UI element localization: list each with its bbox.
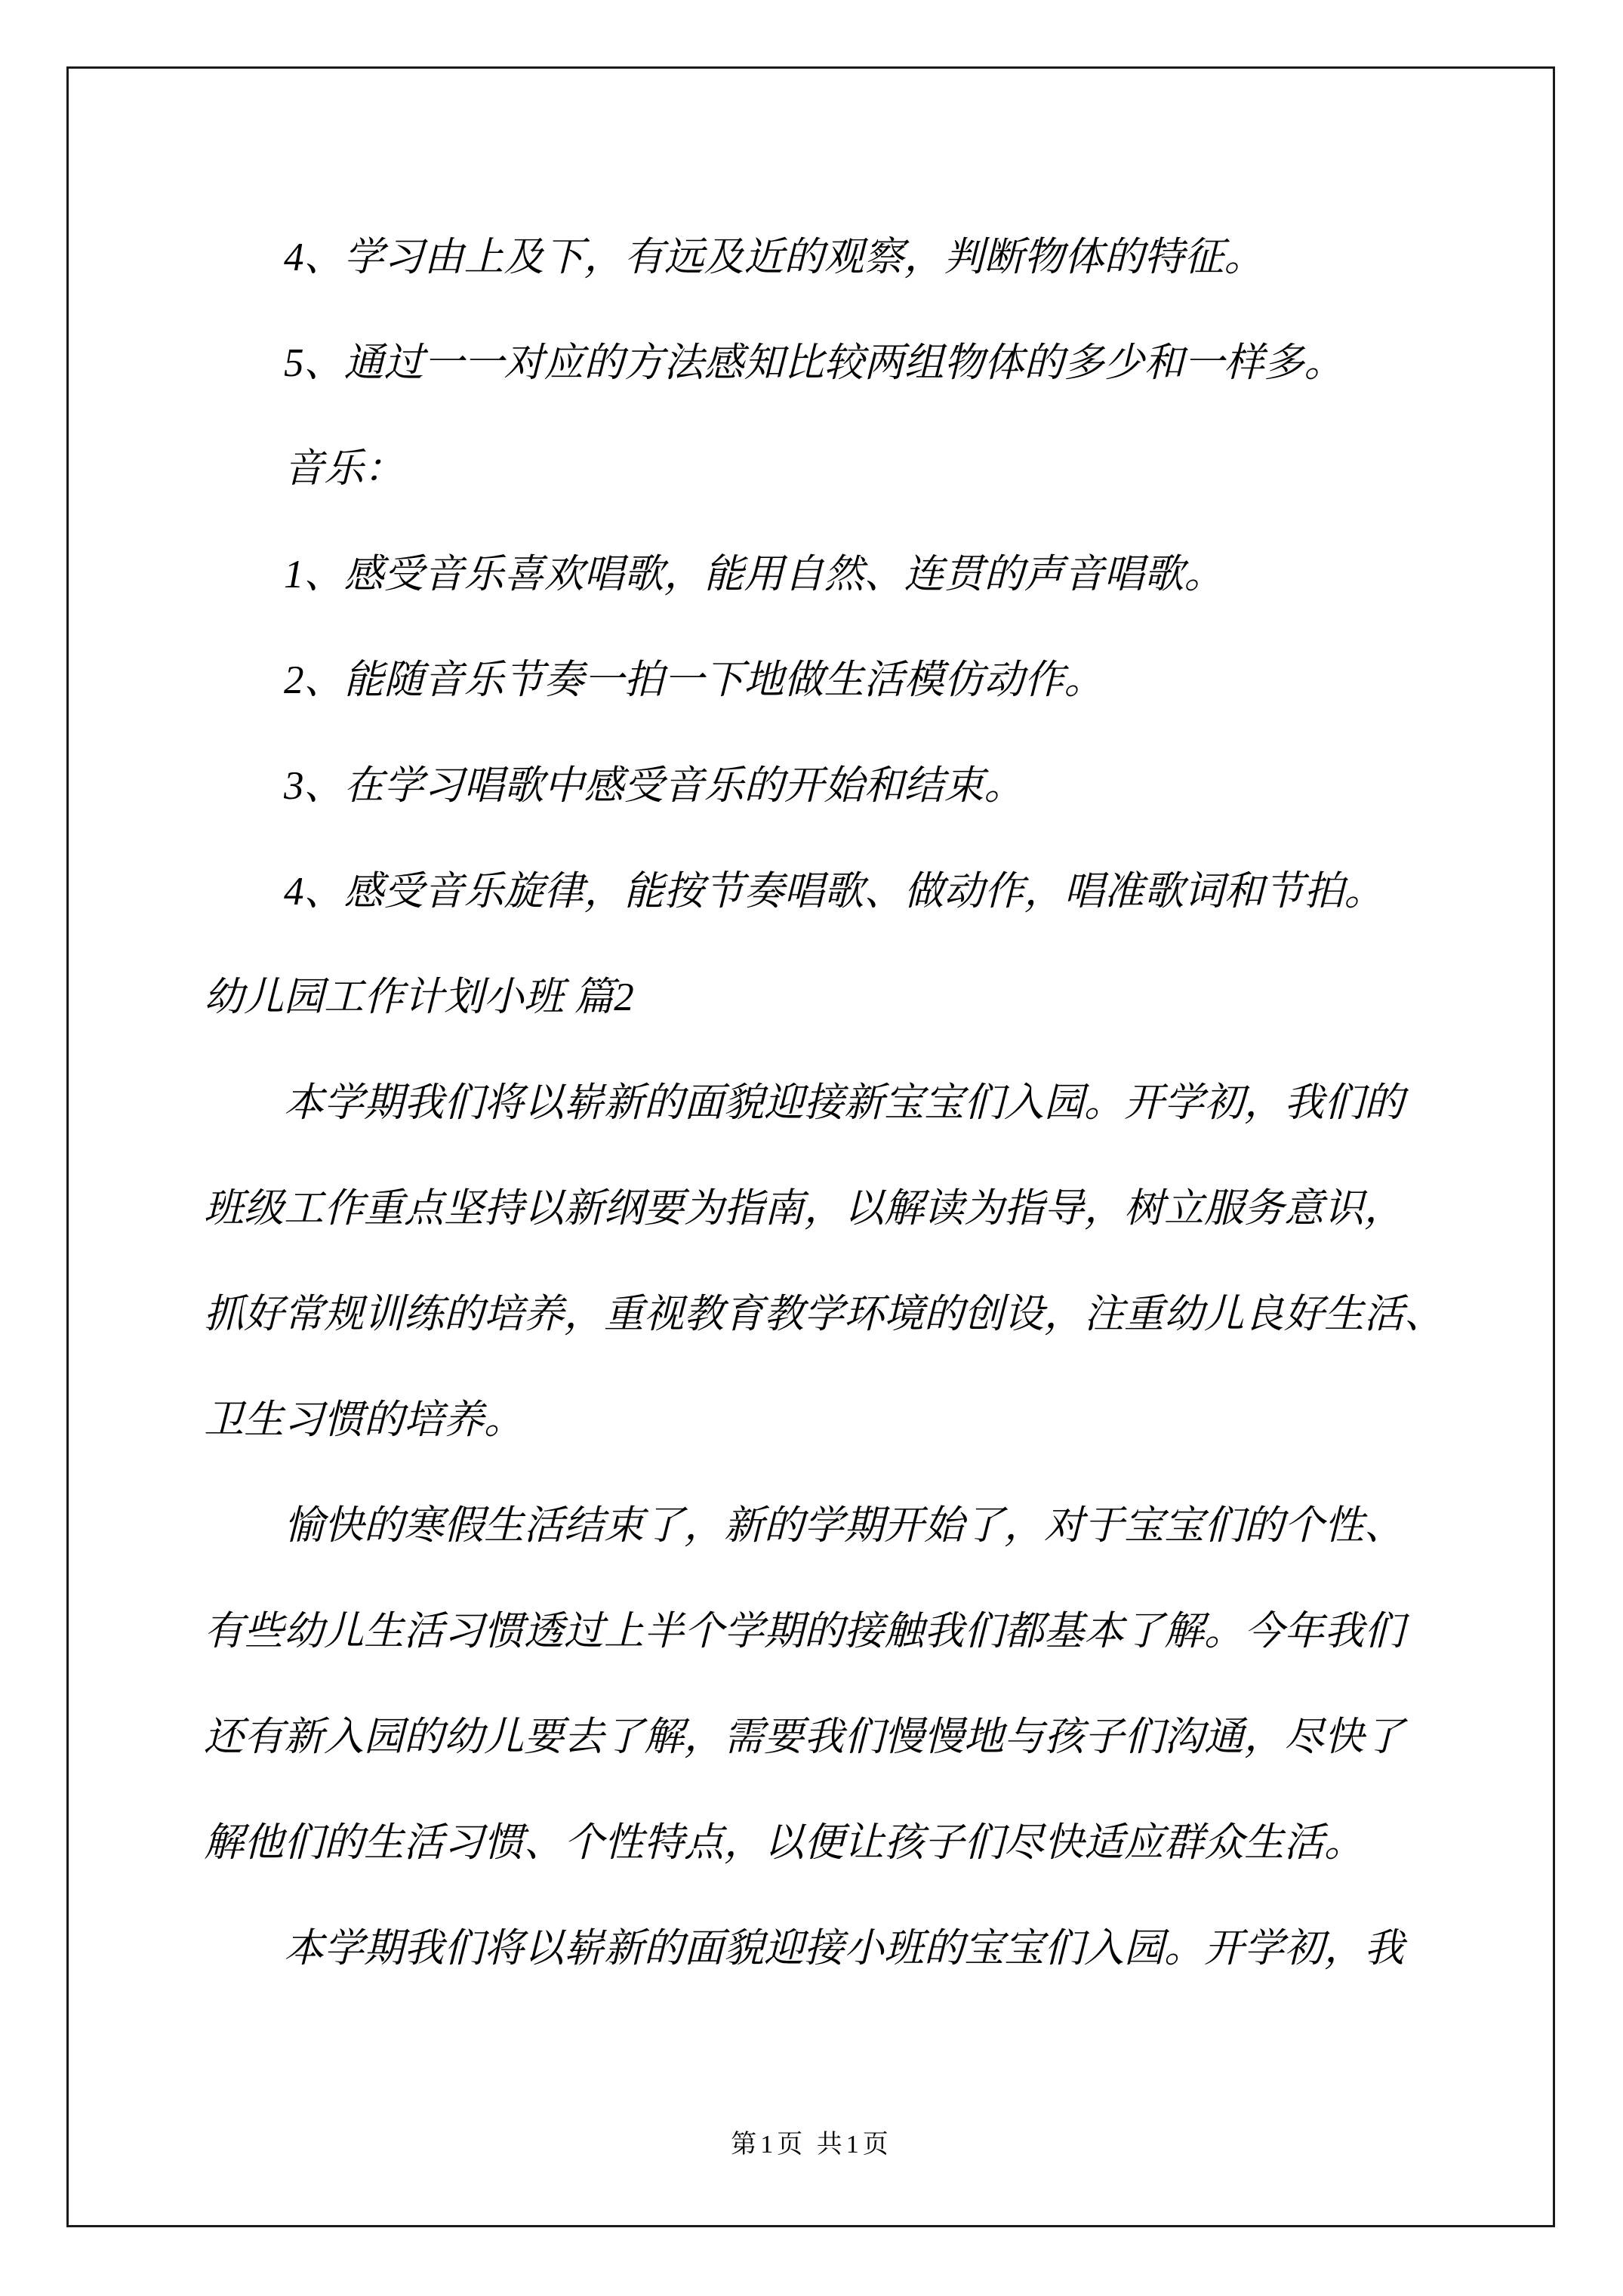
paragraph-2-line-3: 还有新入园的幼儿要去了解，需要我们慢慢地与孩子们沟通，尽快了	[204, 1684, 1457, 1790]
document-page: { "page": { "footer": "第1页 共1页", "lines"…	[0, 0, 1623, 2296]
paragraph-1-line-4: 卫生习惯的培养。	[204, 1367, 1457, 1473]
list-item-music-1: 1、感受音乐喜欢唱歌，能用自然、连贯的声音唱歌。	[204, 522, 1457, 627]
paragraph-2-line-4: 解他们的生活习惯、个性特点，以便让孩子们尽快适应群众生活。	[204, 1790, 1457, 1896]
document-body: 4、学习由上及下，有远及近的观察，判断物体的特征。 5、通过一一对应的方法感知比…	[204, 205, 1457, 2002]
list-item-observe: 4、学习由上及下，有远及近的观察，判断物体的特征。	[204, 205, 1457, 310]
paragraph-3-line-1: 本学期我们将以崭新的面貌迎接小班的宝宝们入园。开学初，我	[204, 1896, 1457, 2002]
list-item-compare: 5、通过一一对应的方法感知比较两组物体的多少和一样多。	[204, 310, 1457, 416]
paragraph-2-line-2: 有些幼儿生活习惯透过上半个学期的接触我们都基本了解。今年我们	[204, 1579, 1457, 1684]
paragraph-1-line-2: 班级工作重点坚持以新纲要为指南，以解读为指导，树立服务意识，	[204, 1156, 1457, 1262]
subsection-label-music: 音乐：	[204, 416, 1457, 522]
section-heading-part-2: 幼儿园工作计划小班 篇2	[204, 945, 1457, 1050]
paragraph-1-line-1: 本学期我们将以崭新的面貌迎接新宝宝们入园。开学初，我们的	[204, 1050, 1457, 1156]
list-item-music-4: 4、感受音乐旋律，能按节奏唱歌、做动作，唱准歌词和节拍。	[204, 839, 1457, 945]
list-item-music-2: 2、能随音乐节奏一拍一下地做生活模仿动作。	[204, 627, 1457, 733]
paragraph-1-line-3: 抓好常规训练的培养，重视教育教学环境的创设，注重幼儿良好生活、	[204, 1262, 1457, 1367]
paragraph-2-line-1: 愉快的寒假生活结束了，新的学期开始了，对于宝宝们的个性、	[204, 1473, 1457, 1579]
list-item-music-3: 3、在学习唱歌中感受音乐的开始和结束。	[204, 733, 1457, 839]
page-number-footer: 第1页 共1页	[0, 2123, 1623, 2160]
